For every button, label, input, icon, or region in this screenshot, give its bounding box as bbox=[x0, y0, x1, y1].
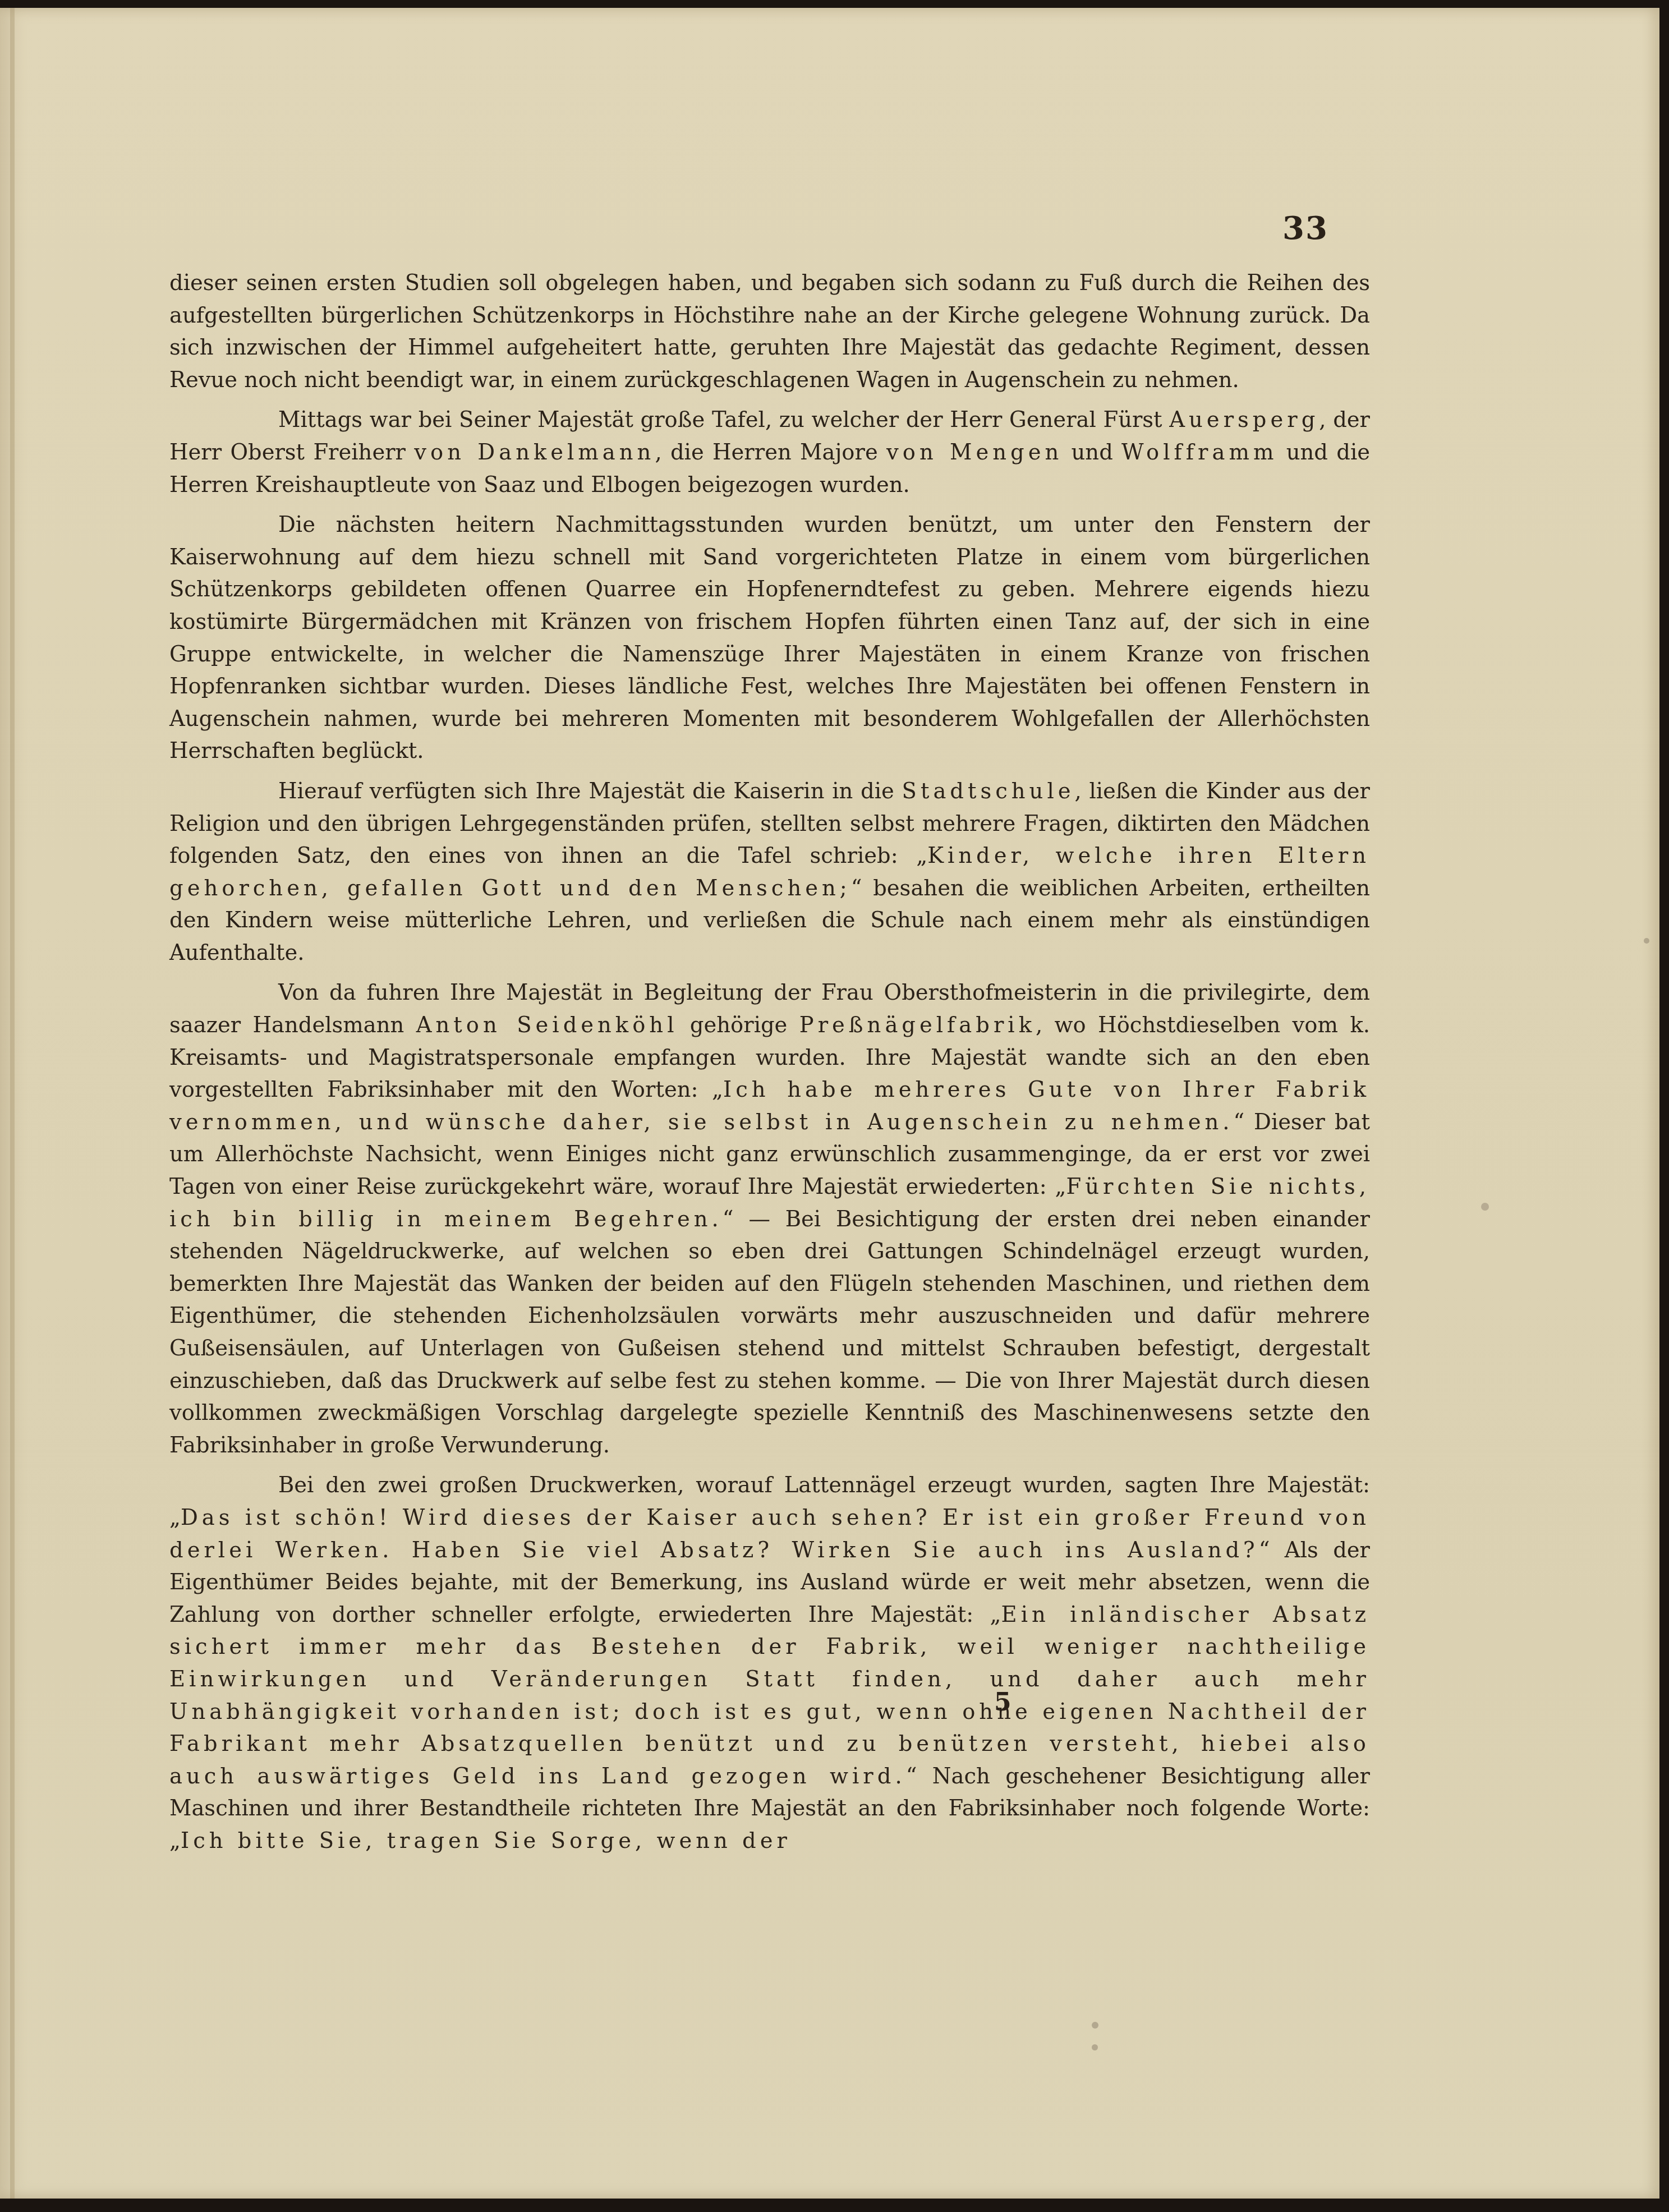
text-run: gehörige bbox=[678, 1013, 799, 1038]
paragraph: dieser seinen ersten Studien soll obgele… bbox=[169, 267, 1370, 396]
signature-mark: 5 bbox=[994, 1688, 1011, 1717]
emphasized-text: Wolfframm bbox=[1121, 440, 1277, 465]
emphasized-text: von Mengen bbox=[886, 440, 1063, 465]
book-page: 33 dieser seinen ersten Studien soll obg… bbox=[0, 8, 1659, 2199]
emphasized-text: Anton Seidenköhl bbox=[416, 1013, 678, 1038]
emphasized-text: Ich bitte Sie, tragen Sie Sorge, wenn de… bbox=[181, 1828, 791, 1854]
ink-smudge bbox=[1644, 938, 1649, 944]
ink-smudge bbox=[1092, 2022, 1098, 2029]
paragraph: Hierauf verfügten sich Ihre Majestät die… bbox=[169, 775, 1370, 969]
body-text: dieser seinen ersten Studien soll obgele… bbox=[169, 267, 1370, 1865]
text-run: Mittags war bei Seiner Majestät große Ta… bbox=[278, 407, 1169, 433]
emphasized-text: Ein inländischer Absatz sichert immer me… bbox=[169, 1602, 1370, 1789]
paragraph: Bei den zwei großen Druckwerken, worauf … bbox=[169, 1469, 1370, 1857]
paragraph: Die nächsten heitern Nachmittagsstunden … bbox=[169, 509, 1370, 767]
ink-smudge bbox=[1481, 1203, 1489, 1211]
page-number: 33 bbox=[1282, 210, 1328, 247]
emphasized-text: Preßnägelfabrik bbox=[799, 1013, 1036, 1038]
emphasized-text: Auersperg bbox=[1169, 407, 1319, 433]
paragraph: Mittags war bei Seiner Majestät große Ta… bbox=[169, 404, 1370, 501]
page-gutter bbox=[10, 8, 15, 2199]
emphasized-text: von Dankelmann bbox=[414, 440, 655, 465]
text-run: dieser seinen ersten Studien soll obgele… bbox=[169, 270, 1370, 393]
ink-smudge bbox=[1092, 2044, 1098, 2050]
text-run: und bbox=[1063, 440, 1121, 465]
paragraph: Von da fuhren Ihre Majestät in Begleitun… bbox=[169, 977, 1370, 1461]
text-run: Hierauf verfügten sich Ihre Majestät die… bbox=[278, 779, 902, 804]
text-run: , die Herren Majore bbox=[655, 440, 886, 465]
text-run: Die nächsten heitern Nachmittagsstunden … bbox=[169, 512, 1370, 764]
text-run: “ — Bei Besichtigung der ersten drei neb… bbox=[169, 1207, 1370, 1458]
emphasized-text: Das ist schön! Wird dieses der Kaiser au… bbox=[169, 1505, 1370, 1563]
emphasized-text: Stadtschule bbox=[902, 779, 1075, 804]
